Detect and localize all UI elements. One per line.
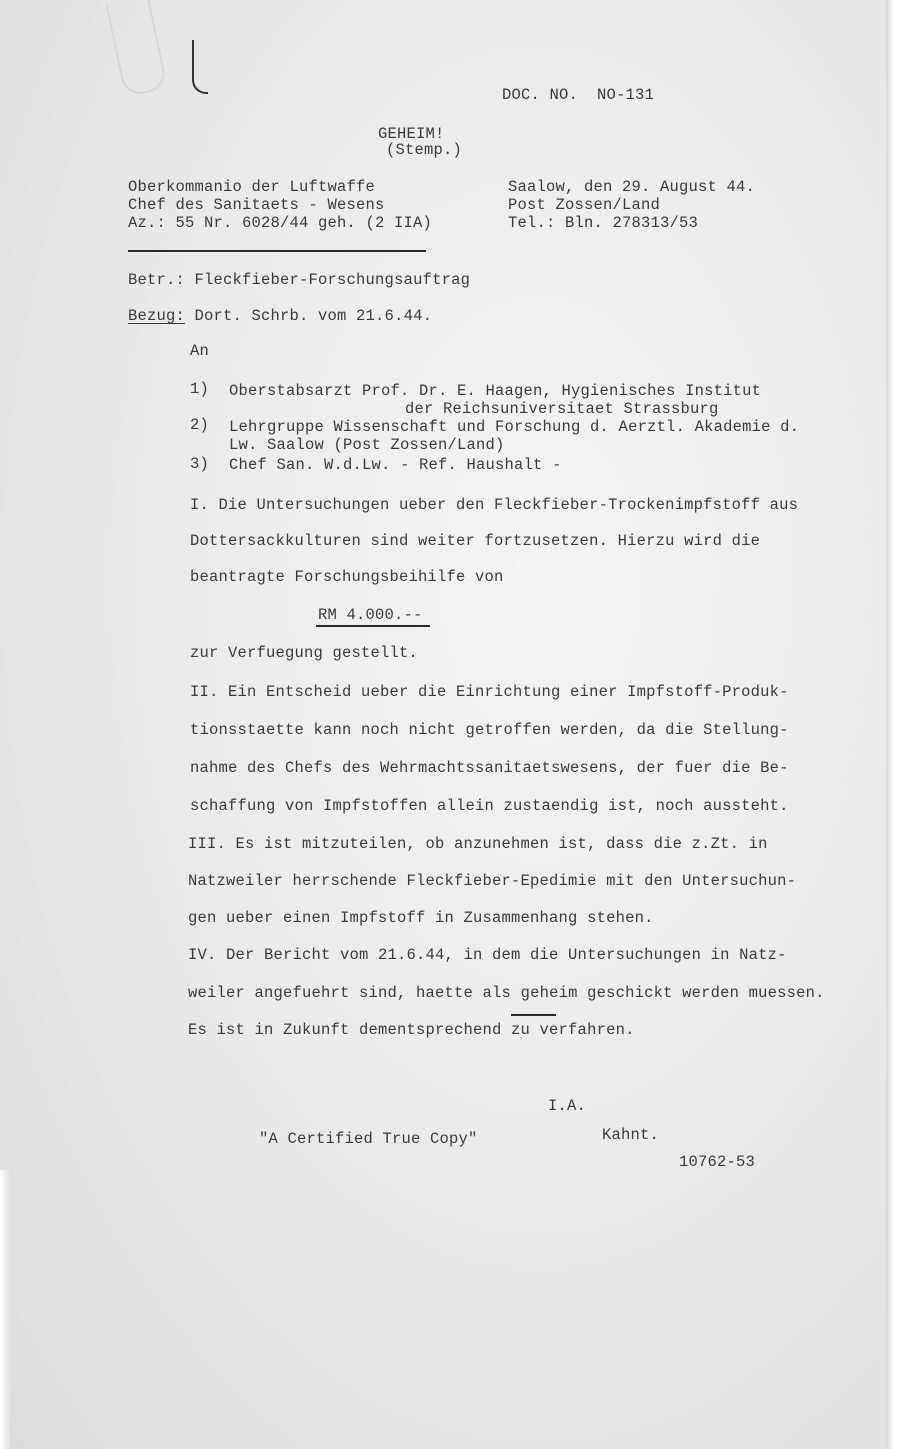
post-address: Post Zossen/Land xyxy=(508,196,660,214)
recipient-line: der Reichsuniversitaet Strassburg xyxy=(405,400,719,418)
section-4-text: geschickt werden muessen. xyxy=(578,984,825,1002)
section-2-line: II. Ein Entscheid ueber die Einrichtung … xyxy=(190,683,789,701)
paper-edge xyxy=(0,1170,10,1449)
underlined-geheim: geheim xyxy=(521,984,578,1002)
section-4-line: weiler angefuehrt sind, haette als gehei… xyxy=(188,984,825,1002)
archive-number: 10762-53 xyxy=(679,1153,755,1171)
subject-label: Betr.: xyxy=(128,271,185,289)
section-2-line: nahme des Chefs des Wehrmachtssanitaetsw… xyxy=(190,759,789,777)
recipient-number: 3) xyxy=(190,455,209,473)
paper-edge xyxy=(886,0,900,1449)
section-2-line: schaffung von Impfstoffen allein zustaen… xyxy=(190,797,789,815)
stamp-note: (Stemp.) xyxy=(386,141,462,159)
section-2-line: tionsstaette kann noch nicht getroffen w… xyxy=(190,721,789,739)
body-line: Dottersackkulturen sind weiter fortzuset… xyxy=(190,532,760,550)
signature: Kahnt. xyxy=(602,1126,659,1144)
body-line: I. Die Untersuchungen ueber den Fleckfie… xyxy=(190,496,798,514)
section-3-line: Natzweiler herrschende Fleckfieber-Epedi… xyxy=(188,872,796,890)
staple-mark xyxy=(192,40,208,94)
recipient-line: Lehrgruppe Wissenschaft und Forschung d.… xyxy=(229,418,799,436)
grant-amount: RM 4.000.-- xyxy=(318,606,423,624)
recipient-number: 2) xyxy=(190,416,209,434)
to-label: An xyxy=(190,342,209,360)
section-4-line: IV. Der Bericht vom 21.6.44, in dem die … xyxy=(188,946,787,964)
certified-copy: "A Certified True Copy" xyxy=(259,1130,478,1148)
reference-label: Bezug: xyxy=(128,307,185,325)
reference-text: Dort. Schrb. vom 21.6.44. xyxy=(195,307,433,325)
subject-text: Fleckfieber-Forschungsauftrag xyxy=(195,271,471,289)
section-4-line: Es ist in Zukunft dementsprechend zu ver… xyxy=(188,1021,635,1039)
section-3-line: gen ueber einen Impfstoff in Zusammenhan… xyxy=(188,909,654,927)
body-line: zur Verfuegung gestellt. xyxy=(190,644,418,662)
paperclip-impression xyxy=(106,0,169,98)
recipient-line: Lw. Saalow (Post Zossen/Land) xyxy=(229,436,505,454)
body-line: beantragte Forschungsbeihilfe von xyxy=(190,568,504,586)
recipient-number: 1) xyxy=(190,380,209,398)
amount-underline xyxy=(316,625,430,627)
recipient-line: Oberstabsarzt Prof. Dr. E. Haagen, Hygie… xyxy=(229,382,761,400)
section-4-text: weiler angefuehrt sind, haette als xyxy=(188,984,521,1002)
subject-line: Betr.: Fleckfieber-Forschungsauftrag xyxy=(128,271,470,289)
recipient-line: Chef San. W.d.Lw. - Ref. Haushalt - xyxy=(229,456,562,474)
doc-number: DOC. NO. NO-131 xyxy=(502,86,654,104)
section-3-line: III. Es ist mitzuteilen, ob anzunehmen i… xyxy=(188,835,768,853)
telephone: Tel.: Bln. 278313/53 xyxy=(508,214,698,232)
sender-reference: Az.: 55 Nr. 6028/44 geh. (2 IIA) xyxy=(128,214,432,232)
signature-prefix: I.A. xyxy=(548,1097,586,1115)
place-date: Saalow, den 29. August 44. xyxy=(508,178,755,196)
header-divider xyxy=(128,250,426,252)
document-page: DOC. NO. NO-131 GEHEIM! (Stemp.) Oberkom… xyxy=(0,0,900,1449)
sender-line: Chef des Sanitaets - Wesens xyxy=(128,196,385,214)
sender-line: Oberkommanio der Luftwaffe xyxy=(128,178,375,196)
reference-line: Bezug: Dort. Schrb. vom 21.6.44. xyxy=(128,307,432,325)
geheim-underline xyxy=(511,1014,556,1016)
